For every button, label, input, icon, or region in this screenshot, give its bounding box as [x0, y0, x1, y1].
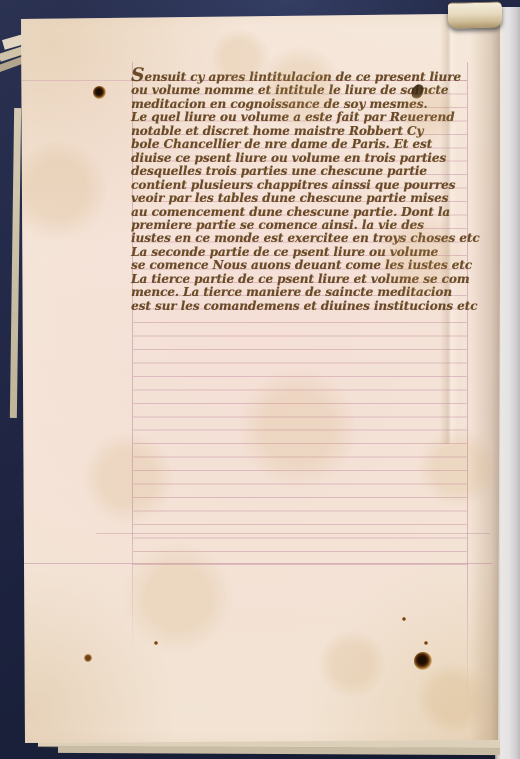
manuscript-text-line: veoir par les tables dune chescune parti…: [131, 191, 465, 204]
manuscript-page: Sensuit cy apres lintitulacion de ce pre…: [0, 0, 520, 759]
parchment-stain: [238, 368, 358, 488]
parchment-stain: [82, 432, 174, 524]
parchment-stain: [398, 82, 458, 142]
page-edge-shadow: [470, 12, 500, 742]
curled-page-tab: [448, 1, 503, 28]
parchment-stain: [123, 543, 233, 653]
page-stack-bottom-edge-2: [58, 746, 500, 755]
stain-spot: [84, 654, 92, 662]
wormhole: [414, 652, 432, 670]
manuscript-text-line: diuise ce psent liure ou volume en trois…: [131, 151, 465, 164]
parchment-stain: [8, 140, 108, 240]
parchment-stain: [418, 428, 498, 508]
manuscript-text-line: contient plusieurs chappitres ainssi que…: [131, 178, 465, 191]
manuscript-text-line: desquelles trois parties une chescune pa…: [131, 164, 465, 177]
stain-spot: [402, 617, 406, 621]
wormhole: [93, 86, 106, 99]
page-stack-left-edge: [10, 108, 21, 418]
parchment-stain: [318, 630, 386, 698]
parchment-stain: [210, 28, 270, 88]
manuscript-photo: Sensuit cy apres lintitulacion de ce pre…: [0, 0, 520, 759]
ruling-through-line-bottom-2: [20, 563, 492, 564]
parchment-stain: [416, 662, 488, 734]
parchment-stain: [258, 46, 342, 130]
ruling-through-line-bottom-1: [96, 533, 490, 534]
stain-spot: [424, 641, 428, 645]
parchment-stain: [376, 214, 464, 302]
